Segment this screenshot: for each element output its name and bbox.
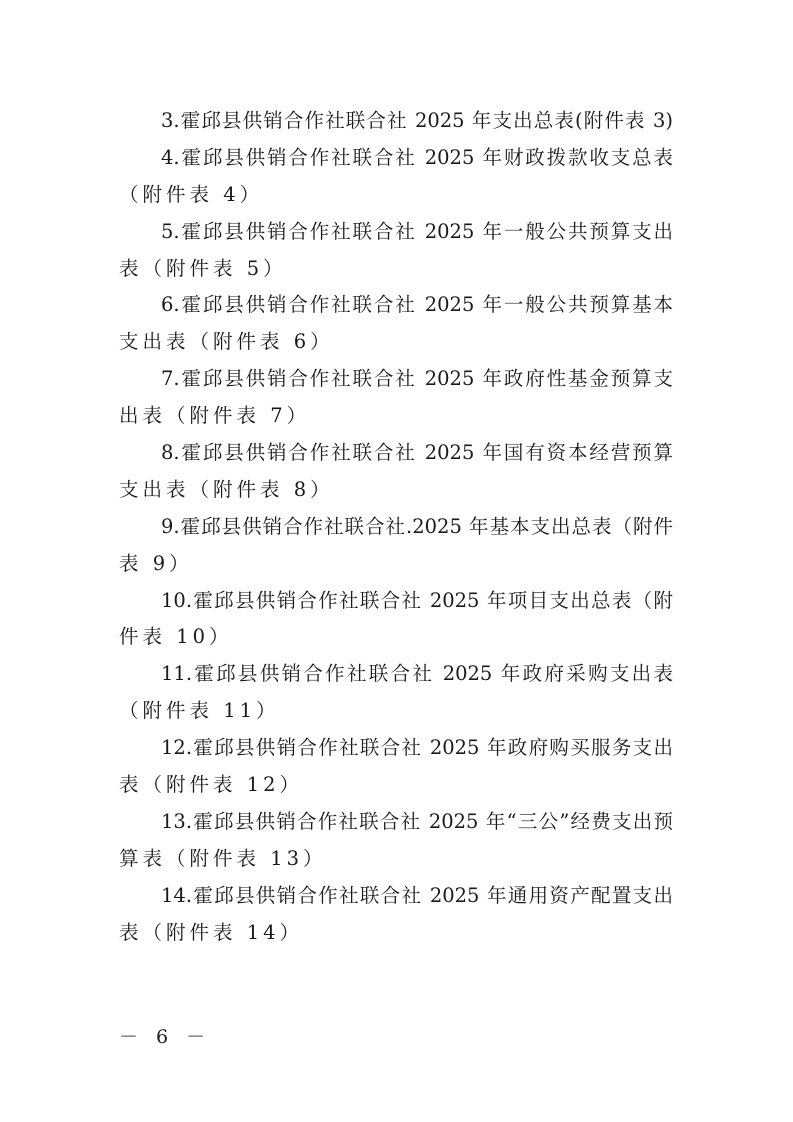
list-line: 9.霍邱县供销合作社联合社.2025 年基本支出总表（附件 [119, 509, 673, 546]
list-line: 件表 10） [119, 619, 673, 656]
attachment-list: 3.霍邱县供销合作社联合社 2025 年支出总表(附件表 3) 4.霍邱县供销合… [119, 103, 673, 951]
list-line: 10.霍邱县供销合作社联合社 2025 年项目支出总表（附 [119, 583, 673, 620]
list-line: 表（附件表 14） [119, 915, 673, 952]
list-line: 5.霍邱县供销合作社联合社 2025 年一般公共预算支出 [119, 214, 673, 251]
list-line: 13.霍邱县供销合作社联合社 2025 年“三公”经费支出预 [119, 804, 673, 841]
list-line: 7.霍邱县供销合作社联合社 2025 年政府性基金预算支 [119, 361, 673, 398]
page-number: － 6 － [119, 1022, 211, 1049]
list-line: 表 9） [119, 546, 673, 583]
list-line: 表（附件表 5） [119, 251, 673, 288]
list-line: 支出表（附件表 8） [119, 472, 673, 509]
list-line: 3.霍邱县供销合作社联合社 2025 年支出总表(附件表 3) [119, 103, 673, 140]
list-line: （附件表 11） [119, 693, 673, 730]
list-line: 8.霍邱县供销合作社联合社 2025 年国有资本经营预算 [119, 435, 673, 472]
list-line: 12.霍邱县供销合作社联合社 2025 年政府购买服务支出 [119, 730, 673, 767]
list-line: 14.霍邱县供销合作社联合社 2025 年通用资产配置支出 [119, 878, 673, 915]
list-line: 算表（附件表 13） [119, 841, 673, 878]
list-line: 表（附件表 12） [119, 767, 673, 804]
list-line: 出表（附件表 7） [119, 398, 673, 435]
list-line: 11.霍邱县供销合作社联合社 2025 年政府采购支出表 [119, 656, 673, 693]
document-page: 3.霍邱县供销合作社联合社 2025 年支出总表(附件表 3) 4.霍邱县供销合… [0, 0, 793, 1122]
list-line: 支出表（附件表 6） [119, 324, 673, 361]
list-line: 6.霍邱县供销合作社联合社 2025 年一般公共预算基本 [119, 287, 673, 324]
list-line: （附件表 4） [119, 177, 673, 214]
list-line: 4.霍邱县供销合作社联合社 2025 年财政拨款收支总表 [119, 140, 673, 177]
